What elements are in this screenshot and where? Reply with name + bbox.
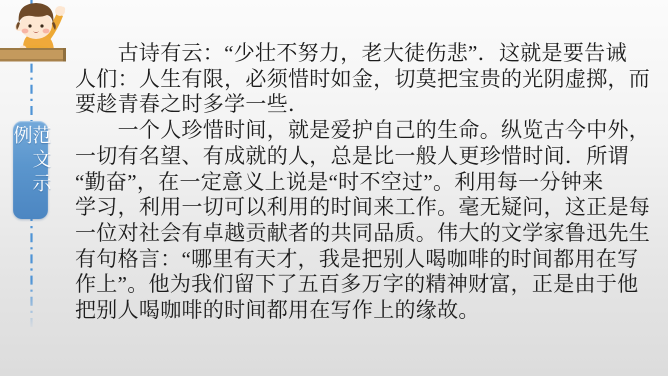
essay-line: 一切有名望、有成就的人，总是比一般人更珍惜时间．所谓	[75, 144, 647, 170]
section-tab: 范文示例	[13, 121, 48, 219]
essay-line: 把别人喝咖啡的时间都用在写作上的缘故。	[75, 298, 647, 324]
essay-line: 学习，利用一切可以利用的时间来工作。毫无疑问，这正是每	[75, 195, 647, 221]
cartoon-boy-icon	[0, 0, 80, 66]
essay-line: 作上”。他为我们留下了五百多万字的精神财富，正是由于他	[75, 272, 647, 298]
essay-line: 古诗有云：“少壮不努力，老大徒伤悲”．这就是要告诫	[75, 41, 647, 67]
essay-text: 古诗有云：“少壮不努力，老大徒伤悲”．这就是要告诫 人们：人生有限，必须惜时如金…	[75, 41, 647, 324]
section-tab-label: 范文示例	[12, 121, 50, 219]
essay-line: 一位对社会有卓越贡献者的共同品质。伟大的文学家鲁迅先生	[75, 221, 647, 247]
slide: 范文示例 古诗有云：“少壮不努力，老大徒伤悲”．这就是要告诫 人们：人生有限，必…	[0, 0, 668, 376]
essay-line: 要趁青春之时多学一些．	[75, 92, 647, 118]
essay-line: 有句格言：“哪里有天才，我是把别人喝咖啡的时间都用在写	[75, 247, 647, 273]
essay-line: 一个人珍惜时间，就是爱护自己的生命。纵览古今中外，	[75, 118, 647, 144]
essay-line: 人们：人生有限，必须惜时如金，切莫把宝贵的光阴虚掷，而	[75, 67, 647, 93]
essay-line: “勤奋”，在一定意义上说是“时不空过”。利用每一分钟来	[75, 170, 647, 196]
